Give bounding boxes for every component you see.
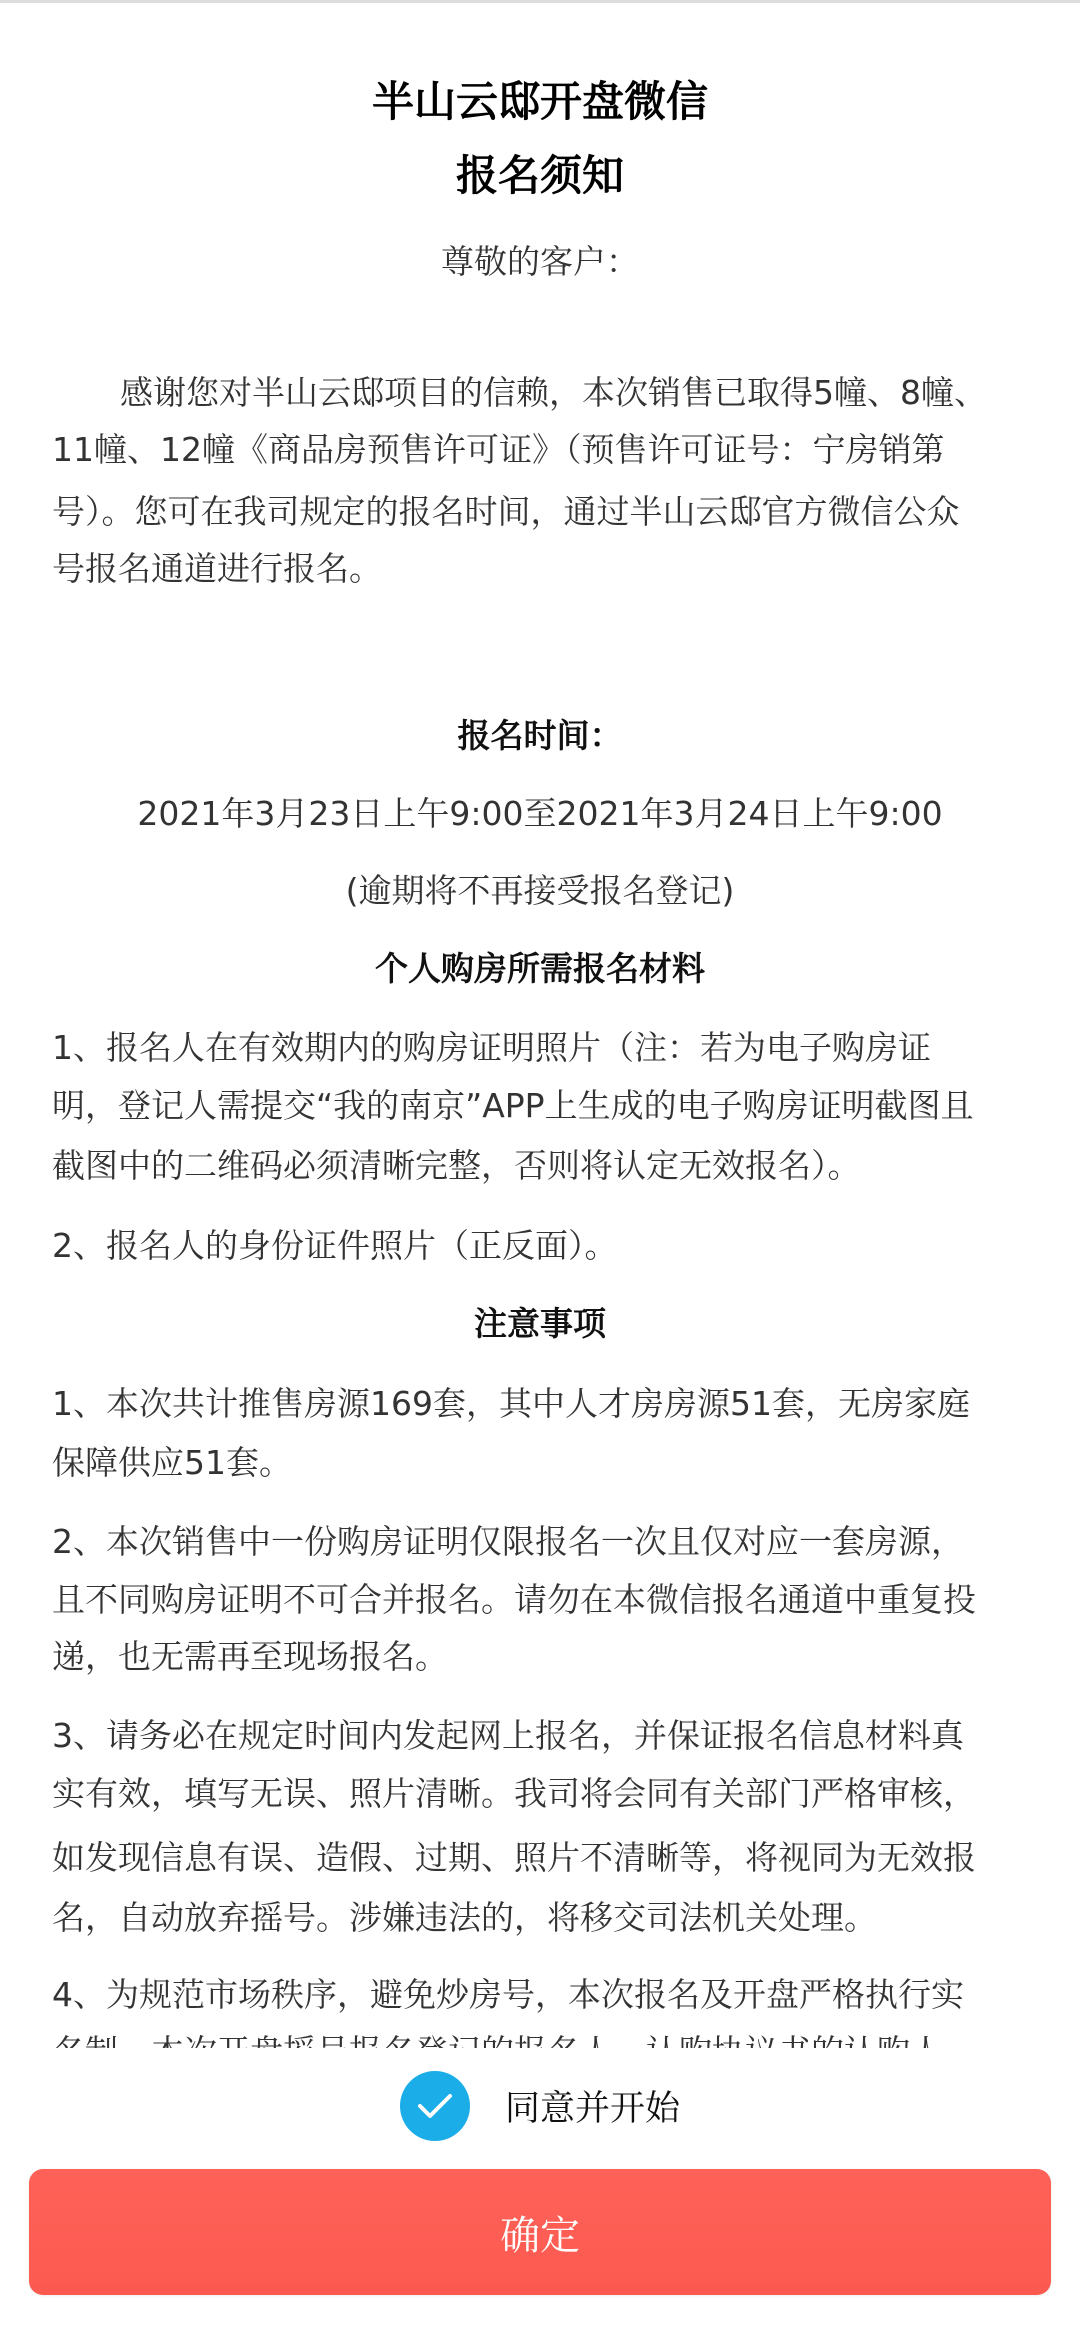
notices-heading: 注意事项: [52, 1302, 1028, 1346]
list-item-line: 1、本次共计推售房源169套，其中人才房房源51套，无房家庭: [52, 1382, 1028, 1426]
list-item-line: 2、本次销售中一份购房证明仅限报名一次且仅对应一套房源，: [52, 1520, 1028, 1564]
confirm-button[interactable]: 确定: [29, 2169, 1051, 2295]
list-item-line: 1、报名人在有效期内的购房证明照片（注：若为电子购房证: [52, 1026, 1028, 1070]
list-item-line: 实有效，填写无误、照片清晰。我司将会同有关部门严格审核，: [52, 1772, 1028, 1816]
list-item-line: 保障供应51套。: [52, 1441, 1028, 1485]
page-title-line1: 半山云邸开盘微信: [52, 76, 1028, 128]
registration-time-heading: 报名时间：: [52, 714, 1028, 758]
list-item-line: 递，也无需再至现场报名。: [52, 1635, 1028, 1679]
list-item-line: 名制，本次开盘摇号报名登记的报名人、认购协议书的认购人: [52, 2030, 1028, 2048]
intro-line: 号）。您可在我司规定的报名时间，通过半山云邸官方微信公众: [52, 490, 1028, 534]
list-item-line: 且不同购房证明不可合并报名。请勿在本微信报名通道中重复投: [52, 1578, 1028, 1622]
list-item-line: 截图中的二维码必须清晰完整，否则将认定无效报名）。: [52, 1144, 1028, 1188]
checkbox-checked-icon[interactable]: [400, 2071, 470, 2141]
intro-line: 号报名通道进行报名。: [52, 547, 1028, 591]
intro-line: 11幢、12幢《商品房预售许可证》（预售许可证号：宁房销第: [52, 428, 1028, 472]
list-item-line: 4、为规范市场秩序，避免炒房号，本次报名及开盘严格执行实: [52, 1973, 1028, 2017]
page-title-line2: 报名须知: [52, 150, 1028, 202]
materials-heading: 个人购房所需报名材料: [52, 947, 1028, 991]
notice-scroll-area[interactable]: 半山云邸开盘微信 报名须知 尊敬的客户： 感谢您对半山云邸项目的信赖，本次销售已…: [0, 3, 1080, 2048]
greeting: 尊敬的客户：: [52, 240, 1028, 284]
registration-time-note: (逾期将不再接受报名登记): [52, 869, 1028, 913]
list-item-line: 2、报名人的身份证件照片（正反面）。: [52, 1224, 1028, 1268]
list-item-line: 明，登记人需提交“我的南京”APP上生成的电子购房证明截图且: [52, 1084, 1028, 1128]
list-item-line: 如发现信息有误、造假、过期、照片不清晰等，将视同为无效报: [52, 1836, 1028, 1880]
list-item-line: 3、请务必在规定时间内发起网上报名，并保证报名信息材料真: [52, 1714, 1028, 1758]
agree-checkbox-row[interactable]: 同意并开始: [400, 2071, 680, 2141]
agree-label: 同意并开始: [505, 2081, 680, 2131]
intro-line: 感谢您对半山云邸项目的信赖，本次销售已取得5幢、8幢、: [52, 371, 1028, 415]
registration-time-range: 2021年3月23日上午9:00至2021年3月24日上午9:00: [52, 792, 1028, 836]
list-item-line: 名，自动放弃摇号。涉嫌违法的，将移交司法机关处理。: [52, 1896, 1028, 1940]
